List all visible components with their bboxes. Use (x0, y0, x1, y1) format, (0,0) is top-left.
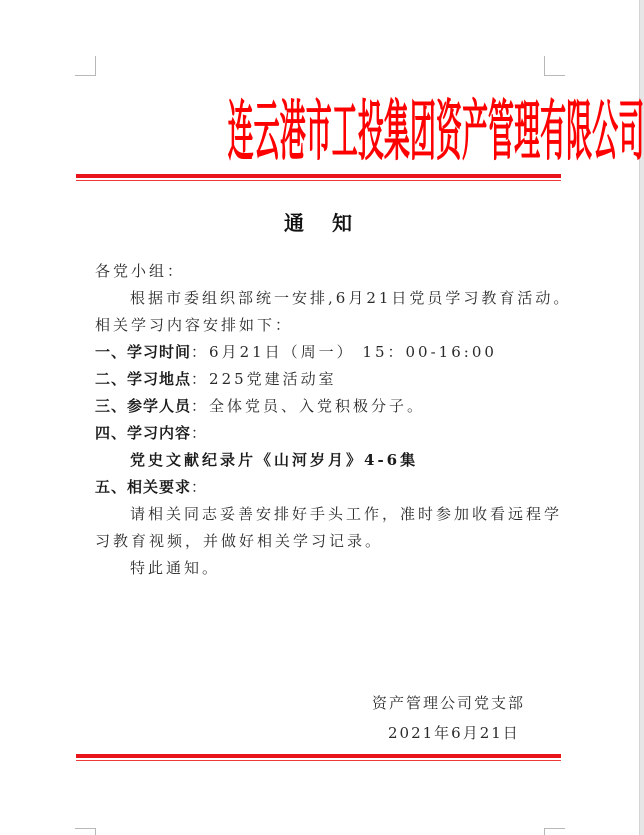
item-label: 五、相关要求 (95, 478, 191, 496)
closing-remark: 特此通知。 (95, 555, 555, 582)
item-value: 225党建活动室 (209, 370, 337, 388)
corner-mark-top-right (544, 56, 565, 76)
item-study-content: 四、学习内容： (95, 420, 555, 447)
letterhead: 连云港市工投集团资产管理有限公司党支部 (76, 96, 560, 168)
intro-line-1: 根据市委组织部统一安排,6月21日党员学习教育活动。 (95, 285, 555, 312)
letterhead-rule-top (76, 174, 561, 181)
notice-title: 通知 (0, 207, 644, 236)
signature-organization: 资产管理公司党支部 (350, 688, 550, 718)
signature-block: 资产管理公司党支部 2021年6月21日 (350, 688, 550, 748)
item-label: 四、学习内容 (95, 424, 191, 442)
item-separator: ： (191, 343, 209, 361)
corner-mark-top-left (75, 56, 96, 76)
item-label: 一、学习时间 (95, 343, 191, 361)
notice-body: 各党小组： 根据市委组织部统一安排,6月21日党员学习教育活动。 相关学习内容安… (95, 258, 555, 582)
item-requirements: 五、相关要求： (95, 474, 555, 501)
salutation: 各党小组： (95, 258, 555, 285)
intro-line-2: 相关学习内容安排如下： (95, 312, 555, 339)
item-value: 全体党员、入党积极分子。 (209, 397, 425, 415)
study-content-detail: 党史文献纪录片《山河岁月》4-6集 (95, 447, 555, 474)
item-separator: ： (191, 478, 209, 496)
item-study-location: 二、学习地点：225党建活动室 (95, 366, 555, 393)
item-participants: 三、参学人员：全体党员、入党积极分子。 (95, 393, 555, 420)
footer-rule-bottom (76, 754, 561, 761)
requirement-line-2: 习教育视频，并做好相关学习记录。 (95, 528, 555, 555)
item-label: 三、参学人员 (95, 397, 191, 415)
item-label: 二、学习地点 (95, 370, 191, 388)
requirement-line-1: 请相关同志妥善安排好手头工作，准时参加收看远程学 (95, 501, 555, 528)
letterhead-title: 连云港市工投集团资产管理有限公司党支部 (228, 76, 644, 188)
item-separator: ： (191, 370, 209, 388)
item-study-time: 一、学习时间：6月21日（周一） 15：00-16:00 (95, 339, 555, 366)
corner-mark-bottom-right (544, 828, 565, 835)
corner-mark-bottom-left (75, 828, 96, 835)
item-separator: ： (191, 397, 209, 415)
signature-date: 2021年6月21日 (350, 718, 550, 748)
item-value: 6月21日（周一） 15：00-16:00 (209, 343, 497, 361)
item-separator: ： (191, 424, 209, 442)
